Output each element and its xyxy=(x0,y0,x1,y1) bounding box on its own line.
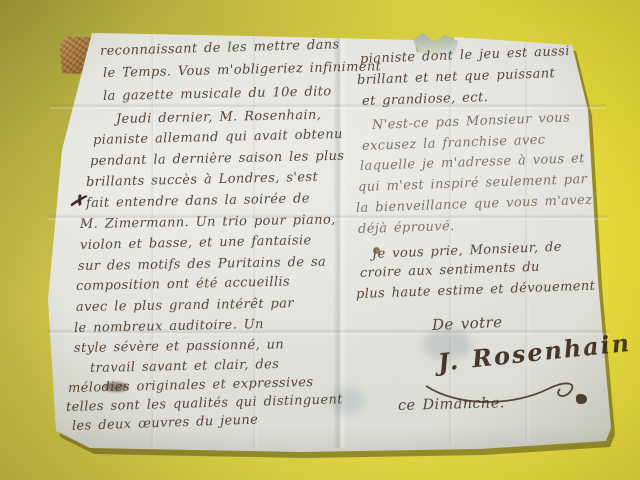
letter-photo: ✗ reconnaissant de les mettre dans le Te… xyxy=(0,0,640,480)
dateline: ce Dimanche. xyxy=(398,395,505,414)
closing-line: De votre xyxy=(432,313,503,334)
letter-line: déjà éprouvé. xyxy=(358,219,455,237)
ink-blot xyxy=(576,394,587,404)
ink-blot xyxy=(373,247,380,254)
